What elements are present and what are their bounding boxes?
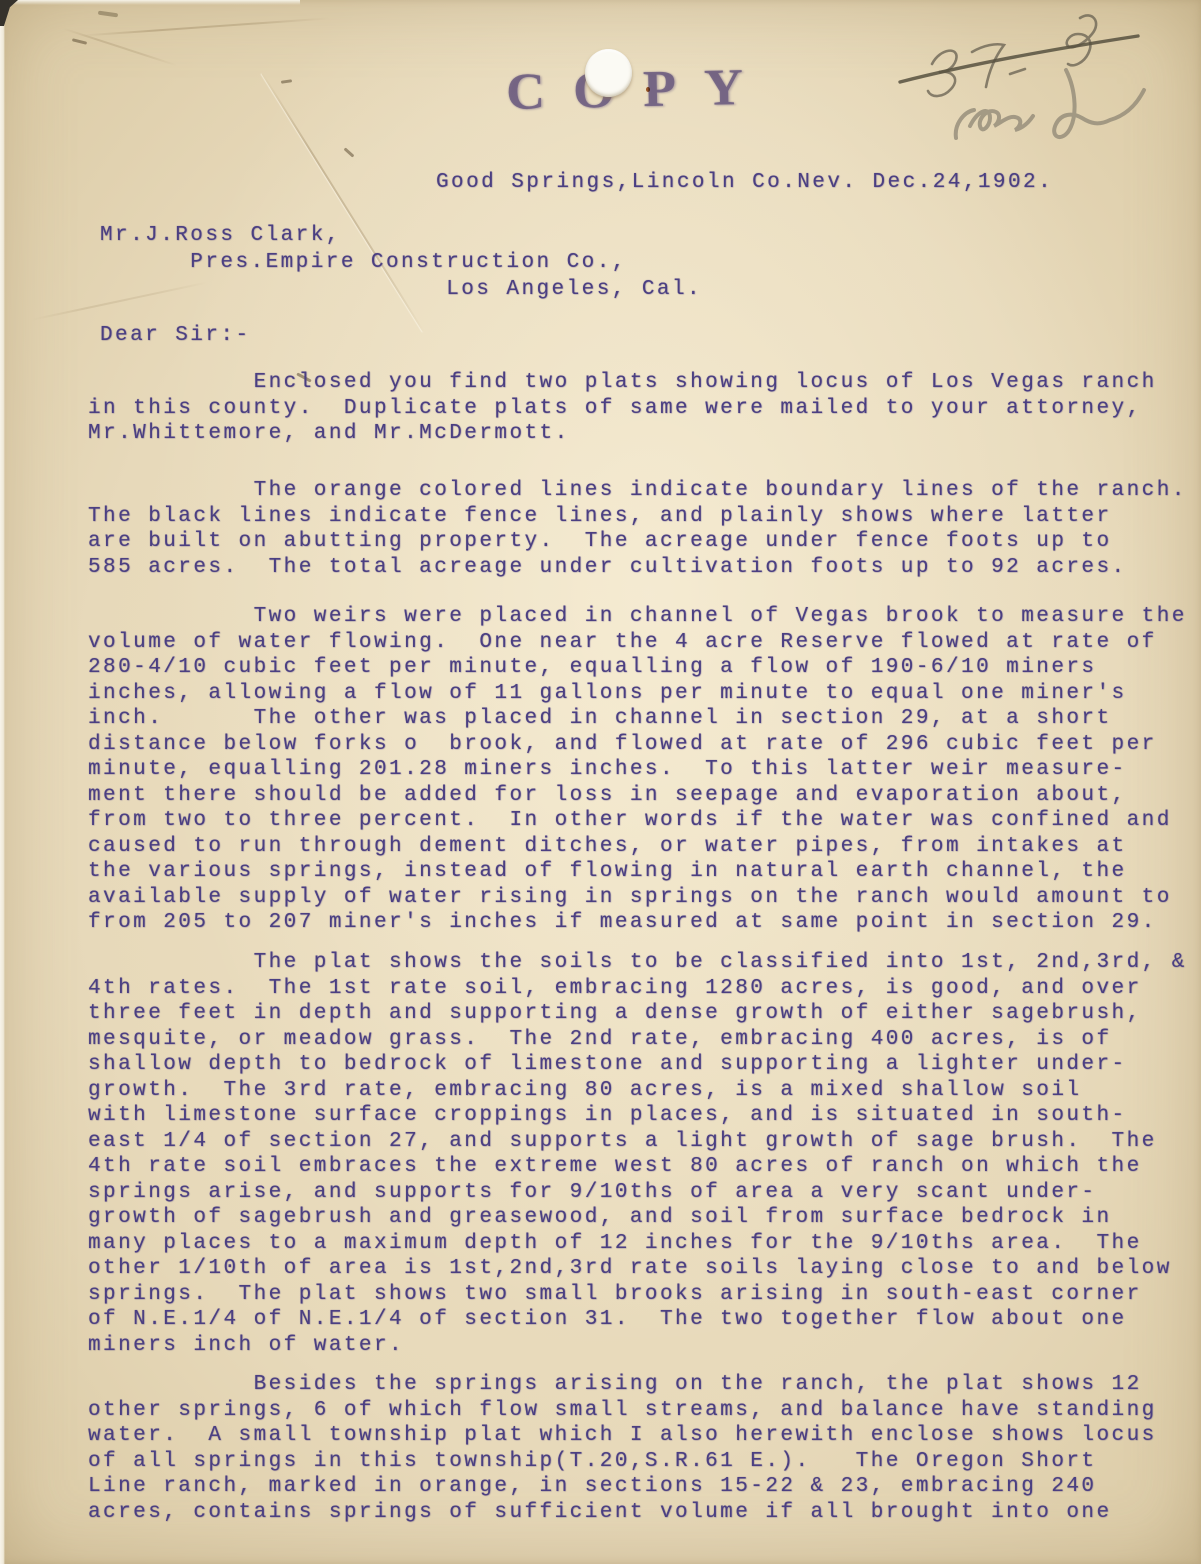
text-line: 4th rate soil embraces the extreme west … [88,1154,1187,1180]
text-line: the various springs, instead of flowing … [88,859,1187,885]
paragraph-enclosed-plats: Enclosed you find two plats showing locu… [88,370,1157,447]
text-line: available supply of water rising in spri… [88,885,1187,911]
paragraph-boundary-lines: The orange colored lines indicate bounda… [88,478,1187,580]
text-line: of N.E.1/4 of N.E.1/4 of section 31. The… [88,1307,1187,1333]
text-line: acres, contains springs of sufficient vo… [88,1500,1157,1526]
paper-tear-mark [344,147,355,157]
text-line: from 205 to 207 miner's inches if measur… [88,910,1187,936]
text-line: other springs, 6 of which flow small str… [88,1398,1157,1424]
text-line: Enclosed you find two plats showing locu… [88,370,1157,396]
dateline: Good Springs,Lincoln Co.Nev. Dec.24,1902… [436,170,1053,196]
text-line: 585 acres. The total acreage under culti… [88,555,1187,581]
copy-stamp: COPY [505,60,771,117]
pencil-annotation [870,6,1200,166]
text-line: distance below forks o brook, and flowed… [88,732,1187,758]
text-line: Pres.Empire Construction Co., [100,249,702,276]
hole-punch [585,49,632,97]
scanned-letter-page: COPY Good Springs,Lincoln Co.Nev. Dec.24… [0,0,1201,1564]
paragraph-soils: The plat shows the soils to be classifie… [88,950,1187,1358]
text-line: in this county. Duplicate plats of same … [88,396,1157,422]
text-line: inch. The other was placed in channel in… [88,706,1187,732]
text-line: Mr.J.Ross Clark, [100,222,702,249]
paragraph-weirs: Two weirs were placed in channel of Vega… [88,604,1187,936]
scan-edge-left [0,8,5,1564]
text-line: mesquite, or meadow grass. The 2nd rate,… [88,1027,1187,1053]
text-line: other 1/10th of area is 1st,2nd,3rd rate… [88,1256,1187,1282]
crease-mark [80,17,330,36]
text-line: growth. The 3rd rate, embracing 80 acres… [88,1078,1187,1104]
text-line: from two to three percent. In other word… [88,808,1187,834]
text-line: miners inch of water. [88,1333,1187,1359]
text-line: minute, equalling 201.28 miners inches. … [88,757,1187,783]
scan-edge-top [0,0,300,5]
text-line: water. A small township plat which I als… [88,1423,1157,1449]
text-line: The black lines indicate fence lines, an… [88,504,1187,530]
text-line: many places to a maximum depth of 12 inc… [88,1231,1187,1257]
recipient-address: Mr.J.Ross Clark, Pres.Empire Constructio… [100,222,702,303]
salutation: Dear Sir:- [100,323,251,349]
text-line: Besides the springs arising on the ranch… [88,1372,1157,1398]
text-line: The plat shows the soils to be classifie… [88,950,1187,976]
text-line: springs arise, and supports for 9/10ths … [88,1180,1187,1206]
text-line: growth of sagebrush and greasewood, and … [88,1205,1187,1231]
text-line: shallow depth to bedrock of limestone an… [88,1052,1187,1078]
text-line: east 1/4 of section 27, and supports a l… [88,1129,1187,1155]
text-line: springs. The plat shows two small brooks… [88,1282,1187,1308]
paper-tear-mark [72,38,87,45]
paper-tear-mark [281,79,292,84]
text-line: three feet in depth and supporting a den… [88,1001,1187,1027]
text-line: volume of water flowing. One near the 4 … [88,630,1187,656]
text-line: ment there should be added for loss in s… [88,783,1187,809]
text-line: caused to run through dement ditches, or… [88,834,1187,860]
text-line: 4th rates. The 1st rate soil, embracing … [88,976,1187,1002]
text-line: Line ranch, marked in orange, in section… [88,1474,1157,1500]
text-line: inches, allowing a flow of 11 gallons pe… [88,681,1187,707]
text-line: Two weirs were placed in channel of Vega… [88,604,1187,630]
paper-tear-mark [98,11,118,18]
text-line: Los Angeles, Cal. [100,276,702,303]
paragraph-springs: Besides the springs arising on the ranch… [88,1372,1157,1525]
text-line: of all springs in this township(T.20,S.R… [88,1449,1157,1475]
text-line: Mr.Whittemore, and Mr.McDermott. [88,421,1157,447]
text-line: are built on abutting property. The acre… [88,529,1187,555]
text-line: 280-4/10 cubic feet per minute, equallin… [88,655,1187,681]
text-line: with limestone surface croppings in plac… [88,1103,1187,1129]
text-line: The orange colored lines indicate bounda… [88,478,1187,504]
